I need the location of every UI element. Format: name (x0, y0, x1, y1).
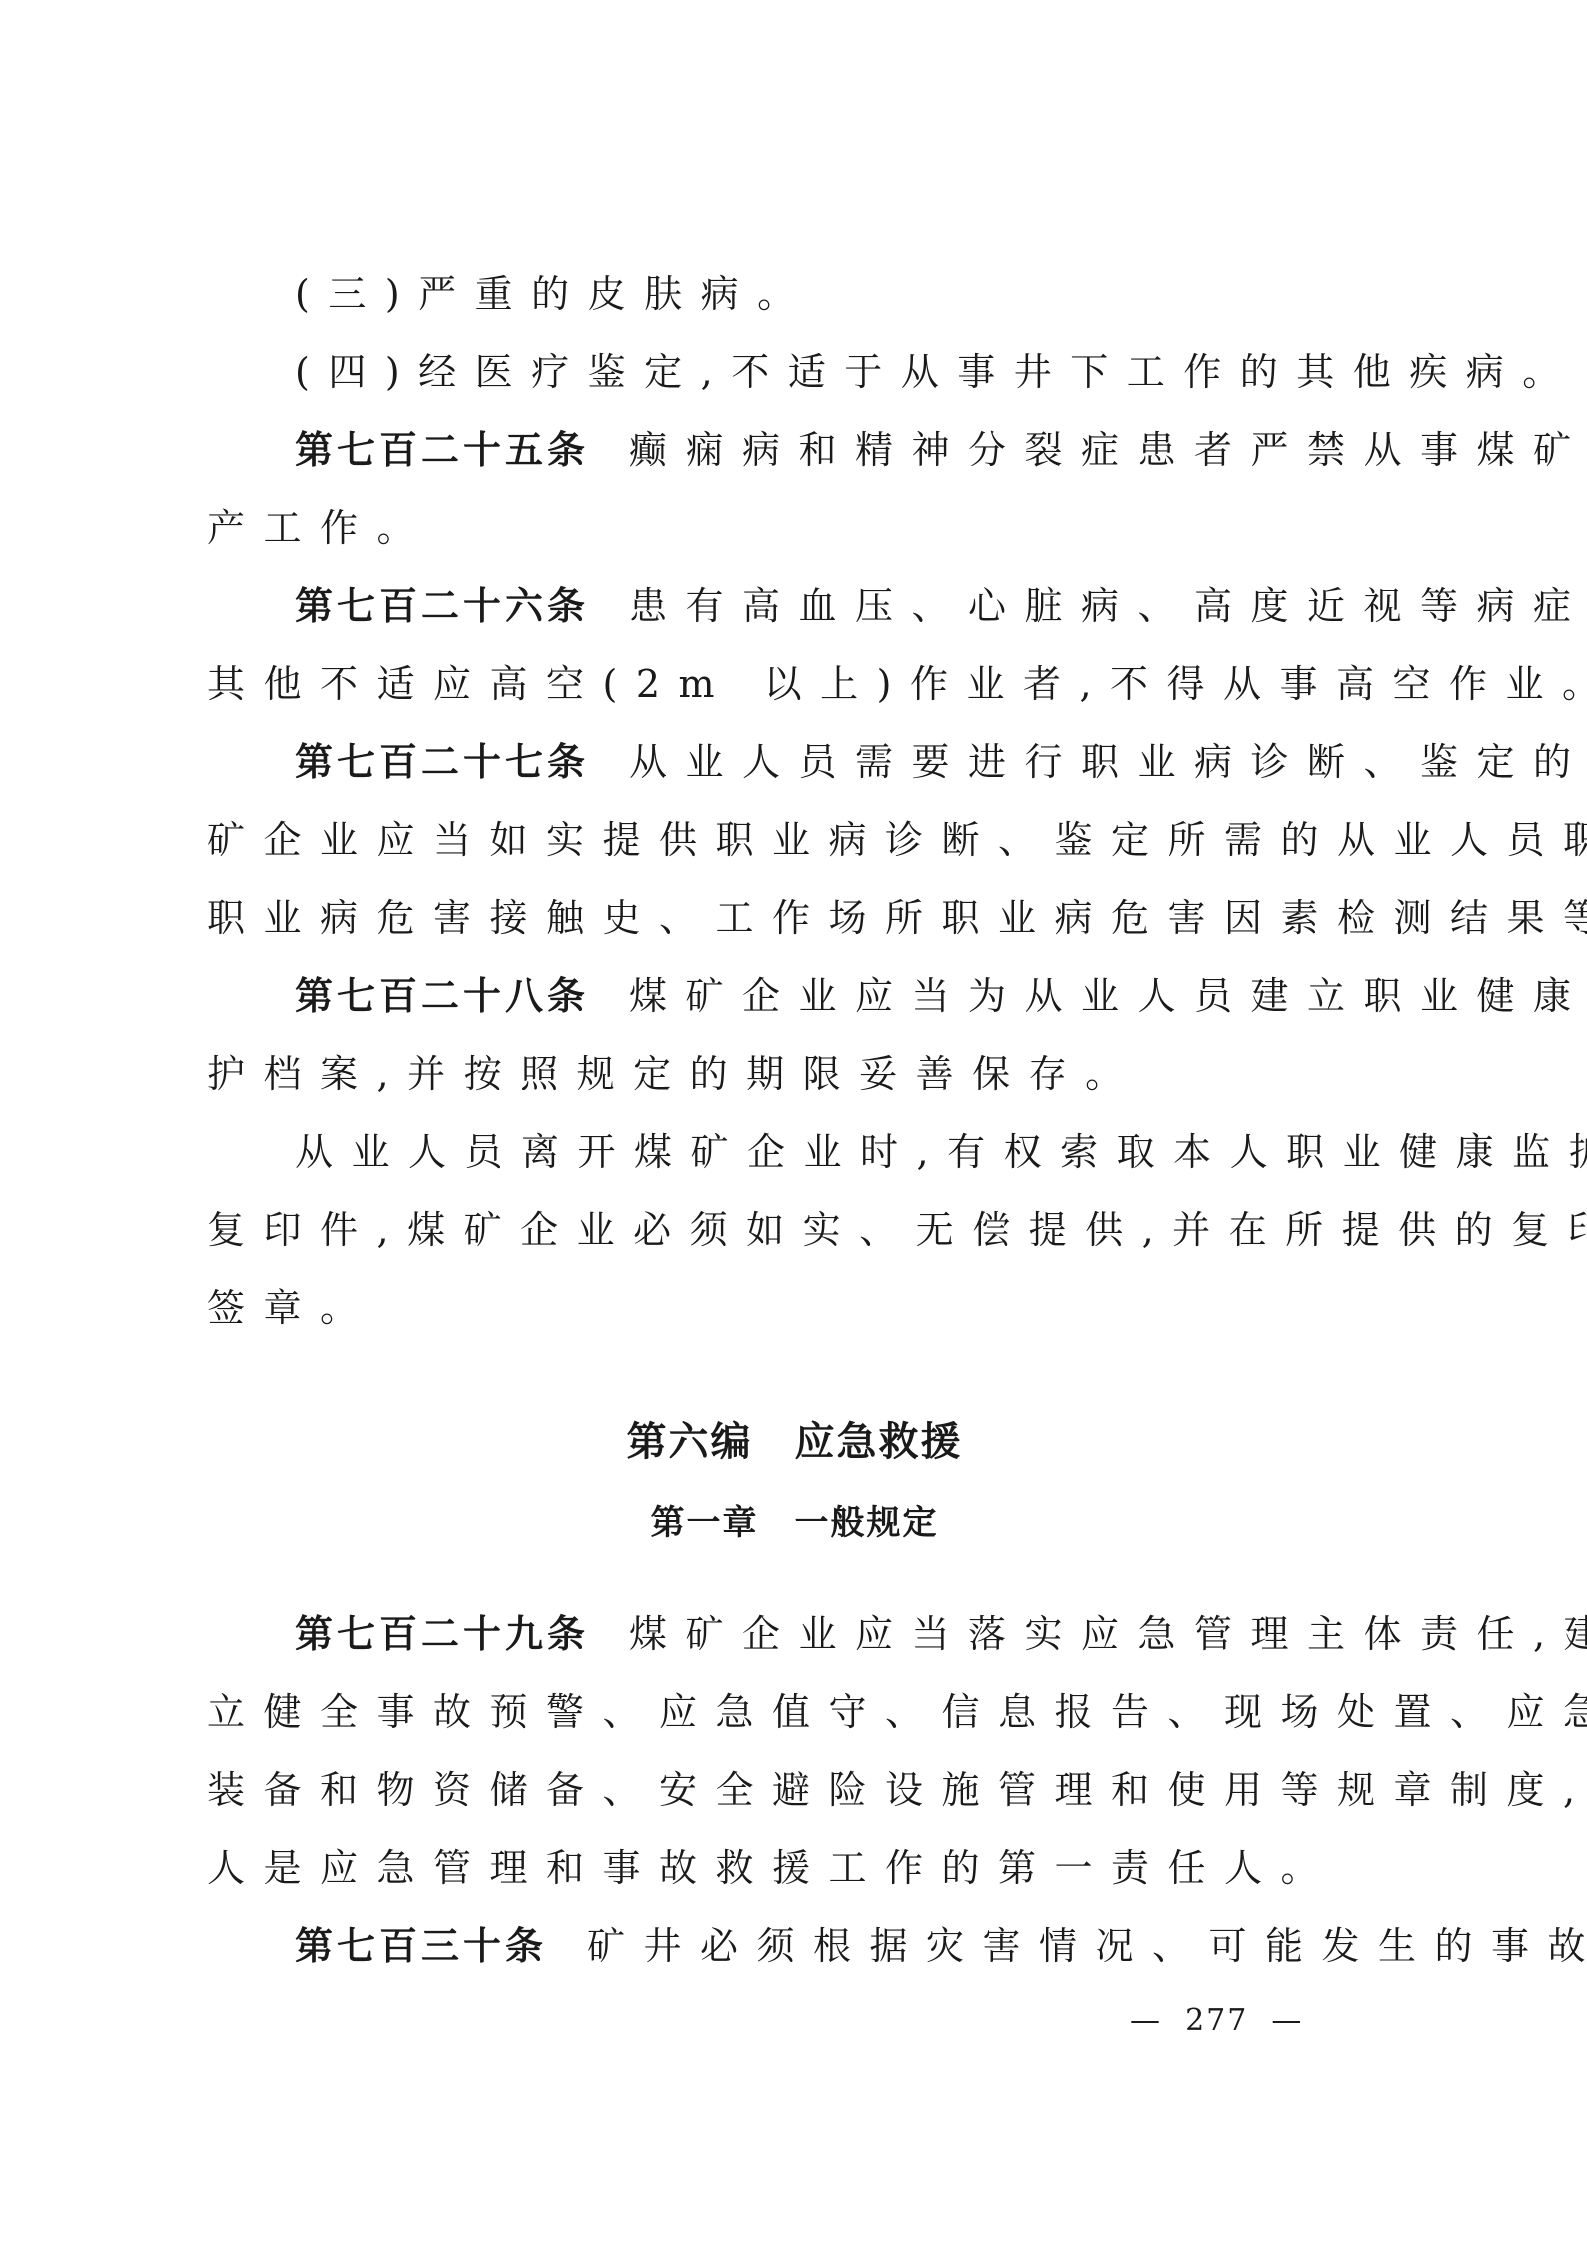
article-text-line: 职业病危害接触史、工作场所职业病危害因素检测结果等资料。 (207, 894, 1587, 942)
article-number: 第七百二十九条 (295, 1612, 589, 1656)
article-text-line: 护档案,并按照规定的期限妥善保存。 (207, 1050, 1142, 1098)
article-text-line: 从业人员离开煤矿企业时,有权索取本人职业健康监护档案 (295, 1128, 1587, 1176)
list-item-4: (四)经医疗鉴定,不适于从事井下工作的其他疾病。 (295, 348, 1579, 396)
article-text-line: 复印件,煤矿企业必须如实、无偿提供,并在所提供的复印件上 (207, 1206, 1587, 1254)
list-item-3: (三)严重的皮肤病。 (295, 270, 814, 318)
article-text-line: 签章。 (207, 1284, 377, 1332)
chapter-heading: 第一章 一般规定 (207, 1495, 1382, 1544)
article-number: 第七百二十五条 (295, 428, 589, 472)
article-text: 煤矿企业应当为从业人员建立职业健康监 (629, 974, 1587, 1018)
article-text-line: 矿企业应当如实提供职业病诊断、鉴定所需的从业人员职业史和 (207, 816, 1587, 864)
article-text-line: 其他不适应高空(2m 以上)作业者,不得从事高空作业。 (207, 660, 1587, 708)
article-text: 矿井必须根据灾害情况、可能发生的事故特 (587, 1924, 1587, 1968)
article-number: 第七百二十六条 (295, 584, 589, 628)
article-number: 第七百二十七条 (295, 740, 589, 784)
article-text: 从业人员需要进行职业病诊断、鉴定的,煤 (629, 740, 1587, 784)
article-725: 第七百二十五条癫痫病和精神分裂症患者严禁从事煤矿生 (295, 426, 1587, 474)
article-text-line: 产工作。 (207, 504, 433, 552)
article-730: 第七百三十条矿井必须根据灾害情况、可能发生的事故特 (295, 1922, 1587, 1970)
article-text-line: 人是应急管理和事故救援工作的第一责任人。 (207, 1844, 1337, 1892)
article-number: 第七百三十条 (295, 1924, 547, 1968)
article-text: 患有高血压、心脏病、高度近视等病症以及 (629, 584, 1587, 628)
article-728: 第七百二十八条煤矿企业应当为从业人员建立职业健康监 (295, 972, 1587, 1020)
article-text: 癫痫病和精神分裂症患者严禁从事煤矿生 (629, 428, 1587, 472)
part-heading: 第六编 应急救援 (207, 1410, 1382, 1467)
article-text: 煤矿企业应当落实应急管理主体责任,建 (629, 1612, 1587, 1656)
page-number: — 277 — (1130, 2003, 1303, 2038)
article-text-line: 装备和物资储备、安全避险设施管理和使用等规章制度,主要负责 (207, 1766, 1587, 1814)
article-729: 第七百二十九条煤矿企业应当落实应急管理主体责任,建 (295, 1610, 1587, 1658)
article-727: 第七百二十七条从业人员需要进行职业病诊断、鉴定的,煤 (295, 738, 1587, 786)
article-726: 第七百二十六条患有高血压、心脏病、高度近视等病症以及 (295, 582, 1587, 630)
article-number: 第七百二十八条 (295, 974, 589, 1018)
article-text-line: 立健全事故预警、应急值守、信息报告、现场处置、应急投入、救援 (207, 1688, 1587, 1736)
